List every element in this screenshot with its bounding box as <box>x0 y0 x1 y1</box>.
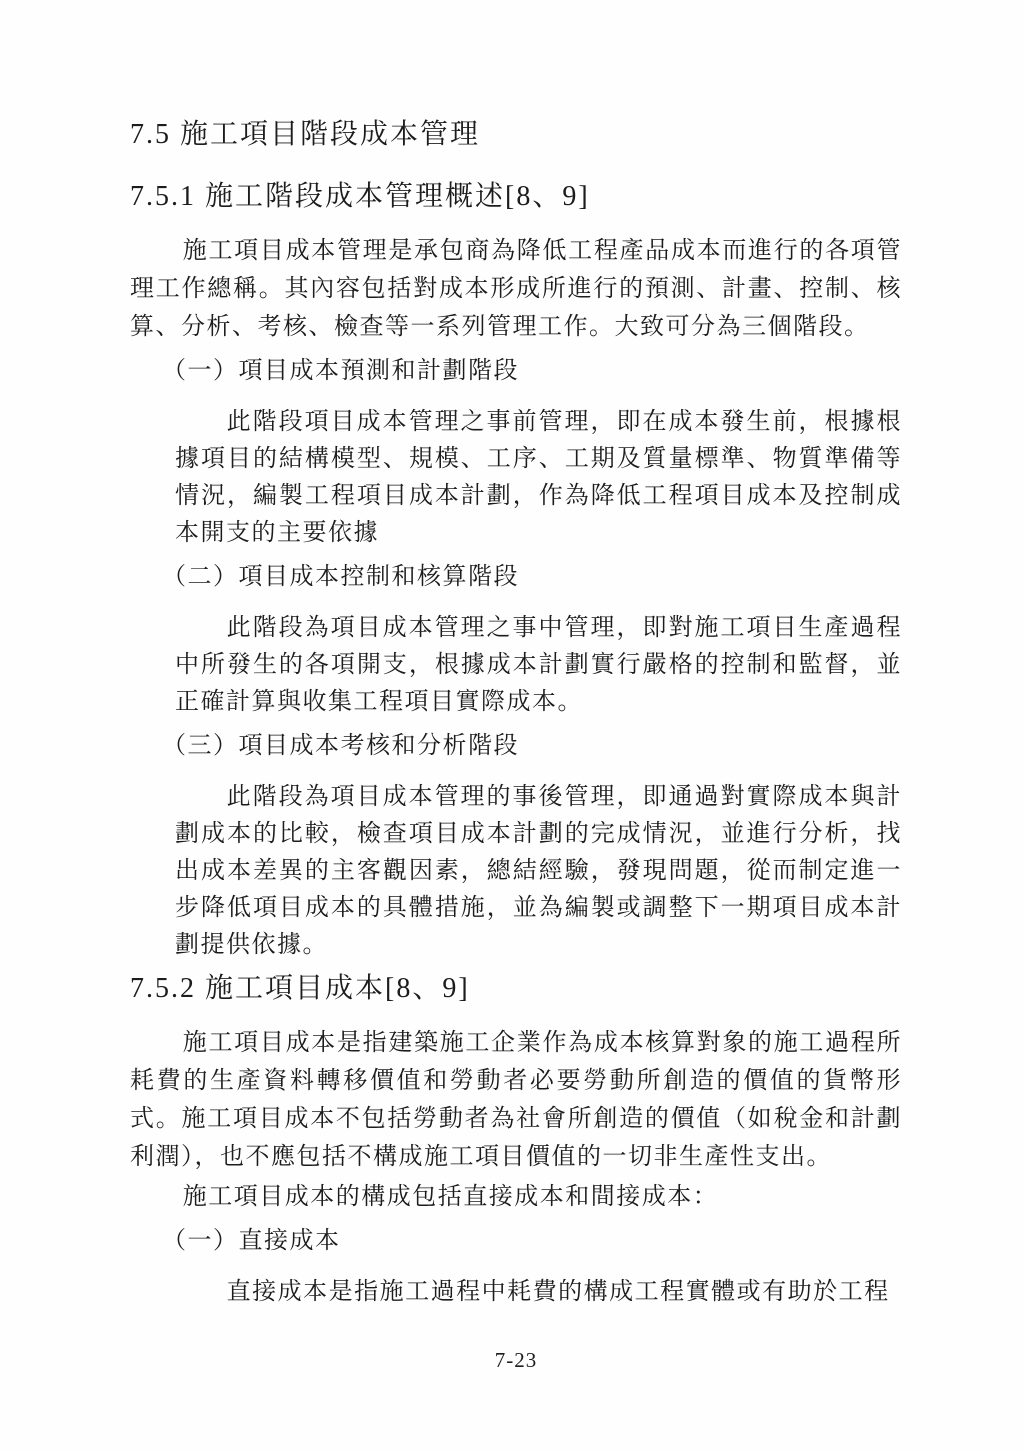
stage-1-paragraph: 此階段項目成本管理之事前管理，即在成本發生前，根據根據項目的結構模型、規模、工序… <box>175 404 902 552</box>
document-page: 7.5 施工項目階段成本管理 7.5.1 施工階段成本管理概述[8、9] 施工項… <box>0 0 1024 1450</box>
stage-3-paragraph: 此階段為項目成本管理的事後管理，即通過對實際成本與計劃成本的比較，檢查項目成本計… <box>175 779 902 964</box>
direct-cost-label: （一）直接成本 <box>162 1222 902 1260</box>
heading-7-5: 7.5 施工項目階段成本管理 <box>130 114 902 156</box>
direct-cost-paragraph: 直接成本是指施工過程中耗費的構成工程實體或有助於工程 <box>175 1274 902 1311</box>
heading-7-5-2: 7.5.2 施工項目成本[8、9] <box>130 968 902 1010</box>
page-content: 7.5 施工項目階段成本管理 7.5.1 施工階段成本管理概述[8、9] 施工項… <box>130 114 902 1315</box>
stage-2-label: （二）項目成本控制和核算階段 <box>162 558 902 596</box>
stage-3-label: （三）項目成本考核和分析階段 <box>162 727 902 765</box>
page-number: 7-23 <box>130 1348 902 1373</box>
stage-2-paragraph: 此階段為項目成本管理之事中管理，即對施工項目生產過程中所發生的各項開支，根據成本… <box>175 610 902 721</box>
cost-composition-paragraph: 施工項目成本的構成包括直接成本和間接成本： <box>130 1178 902 1216</box>
heading-7-5-1: 7.5.1 施工階段成本管理概述[8、9] <box>130 176 902 218</box>
intro-paragraph: 施工項目成本管理是承包商為降低工程產品成本而進行的各項管理工作總稱。其內容包括對… <box>130 232 902 346</box>
cost-definition-paragraph: 施工項目成本是指建築施工企業作為成本核算對象的施工過程所耗費的生產資料轉移價值和… <box>130 1024 902 1176</box>
stage-1-label: （一）項目成本預測和計劃階段 <box>162 352 902 390</box>
